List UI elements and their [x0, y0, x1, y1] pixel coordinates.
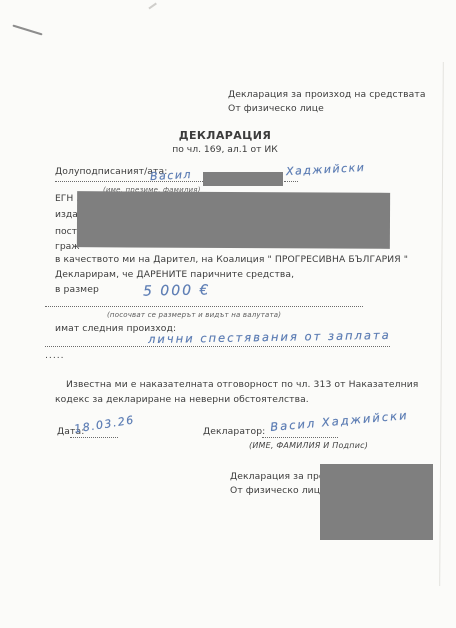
- handwritten-amount: 5 000 €: [143, 282, 211, 299]
- egn-label: ЕГН .: [55, 193, 79, 204]
- handwritten-signature: Васил Хаджийски: [270, 408, 409, 434]
- capacity-line: в качеството ми на Дарител, на Коалиция …: [55, 254, 408, 265]
- dotted-line-origin: [45, 346, 390, 347]
- handwritten-last-name: Хаджийски: [286, 161, 366, 178]
- redaction-block-footer: [320, 464, 433, 540]
- pencil-mark: [148, 3, 156, 9]
- header-right-line1: Декларация за произход на средствата: [228, 89, 426, 100]
- dotted-line-amount: [45, 306, 363, 307]
- paper-edge-line: [439, 62, 444, 586]
- handwritten-origin: лични спестявания от заплата: [148, 328, 391, 346]
- document-subtitle: по чл. 169, ал.1 от ИК: [140, 144, 310, 155]
- header-right-line2: От физическо лице: [228, 103, 324, 114]
- liability-line1: Известна ми е наказателната отговорност …: [66, 379, 418, 390]
- dotted-line-signature: [262, 437, 338, 438]
- declarator-label: Декларатор:: [203, 426, 265, 437]
- amount-label: в размер: [55, 284, 99, 295]
- dotted-line-date: [70, 437, 118, 438]
- signature-caption: (ИМЕ, ФАМИЛИЯ И Подпис): [249, 441, 368, 450]
- dotted-line-name: [55, 181, 203, 182]
- redaction-block-identity: [77, 191, 390, 249]
- liability-line2: кодекс за деклариране на неверни обстоят…: [55, 394, 309, 405]
- amount-caption: (посочват се размерът и видът на валутат…: [107, 311, 281, 319]
- declare-line: Декларирам, че ДАРЕНИТЕ паричните средст…: [55, 269, 294, 280]
- dots-short: .....: [45, 350, 65, 361]
- redaction-block-name: [203, 172, 283, 186]
- footer-line2: От физическо лице: [230, 485, 326, 496]
- document-title: ДЕКЛАРАЦИЯ: [140, 129, 310, 142]
- handwritten-date: 18.03.26: [73, 413, 135, 435]
- pen-stroke-mark: [12, 25, 42, 36]
- dotted-line-name-2: [284, 181, 298, 182]
